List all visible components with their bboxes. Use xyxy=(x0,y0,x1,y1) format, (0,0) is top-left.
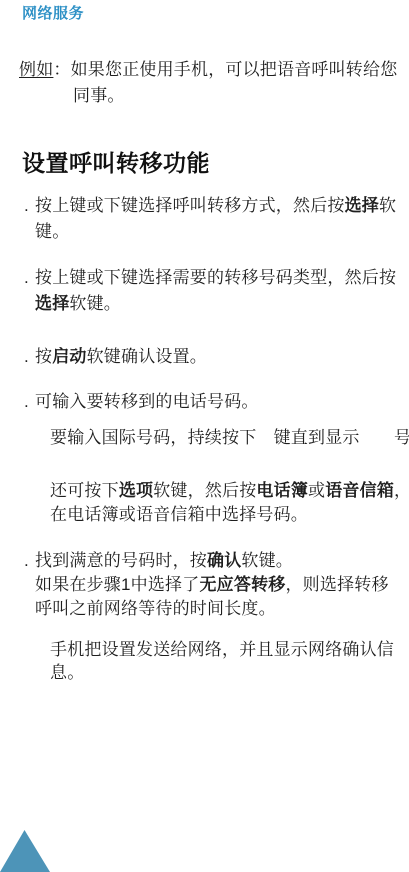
step-marker: . xyxy=(24,196,29,216)
softkey-activate: 启动 xyxy=(52,347,86,366)
step3-text: 按 xyxy=(35,347,52,366)
example-note-line2: 同事。 xyxy=(73,86,125,106)
note-text: ， xyxy=(394,481,409,500)
step5-note-line1: 手机把设置发送给网络，并且显示网络确认信 xyxy=(50,640,394,660)
step-marker: . xyxy=(24,392,29,412)
step2-line2: 选择软键。 xyxy=(35,294,121,314)
step5-note-line2: 息。 xyxy=(50,663,84,683)
step3-line: 按启动软键确认设置。 xyxy=(35,347,207,367)
step1-text-end: 软 xyxy=(379,196,396,215)
step4-note-options-line2: 在电话簿或语音信箱中选择号码。 xyxy=(50,505,308,525)
step5-text: ，则选择转移 xyxy=(285,575,388,594)
option-no-answer-divert: 无应答转移 xyxy=(199,575,285,594)
step-marker: . xyxy=(24,551,29,571)
step5-line1: 找到满意的号码时，按确认软键。 xyxy=(35,551,293,571)
section-heading: 设置呼叫转移功能 xyxy=(22,150,210,178)
step-marker: . xyxy=(24,268,29,288)
example-note-line1: 例如：如果您正使用手机，可以把语音呼叫转给您 xyxy=(19,60,397,80)
page-header-title: 网络服务 xyxy=(22,5,84,23)
step5-text: 如果在步骤1中选择了 xyxy=(35,575,199,594)
softkey-options: 选项 xyxy=(119,481,153,500)
softkey-confirm: 确认 xyxy=(207,551,241,570)
step2-text-end: 软键。 xyxy=(69,294,121,313)
step-marker: . xyxy=(24,347,29,367)
manual-page: 网络服务 例如：如果您正使用手机，可以把语音呼叫转给您 同事。 设置呼叫转移功能… xyxy=(0,0,409,872)
step5-line3: 呼叫之前网络等待的时间长度。 xyxy=(35,599,276,619)
step4-note-international: 要输入国际号码，持续按下 键直到显示 号。 xyxy=(50,428,409,448)
step4-note-options-line1: 还可按下选项软键，然后按电话簿或语音信箱， xyxy=(50,481,409,501)
menu-phonebook: 电话簿 xyxy=(256,481,308,500)
step5-text: 找到满意的号码时，按 xyxy=(35,551,207,570)
step3-text-end: 软键确认设置。 xyxy=(87,347,207,366)
step5-text-end: 软键。 xyxy=(241,551,293,570)
note-text: 还可按下 xyxy=(50,481,119,500)
step4-line: 可输入要转移到的电话号码。 xyxy=(35,392,259,412)
step1-line2: 键。 xyxy=(35,222,69,242)
step1-text: 按上键或下键选择呼叫转移方式，然后按 xyxy=(35,196,345,215)
corner-triangle-shape xyxy=(0,830,50,872)
menu-voicemail: 语音信箱 xyxy=(325,481,394,500)
softkey-select: 选择 xyxy=(345,196,379,215)
step5-line2: 如果在步骤1中选择了无应答转移，则选择转移 xyxy=(35,575,389,595)
softkey-select: 选择 xyxy=(35,294,69,313)
example-label: 例如 xyxy=(19,60,53,79)
note-text: 软键，然后按 xyxy=(153,481,256,500)
note-text: 或 xyxy=(308,481,325,500)
example-text: ：如果您正使用手机，可以把语音呼叫转给您 xyxy=(53,60,397,79)
step1-line1: 按上键或下键选择呼叫转移方式，然后按选择软 xyxy=(35,196,396,216)
step2-line1: 按上键或下键选择需要的转移号码类型，然后按 xyxy=(35,268,396,288)
